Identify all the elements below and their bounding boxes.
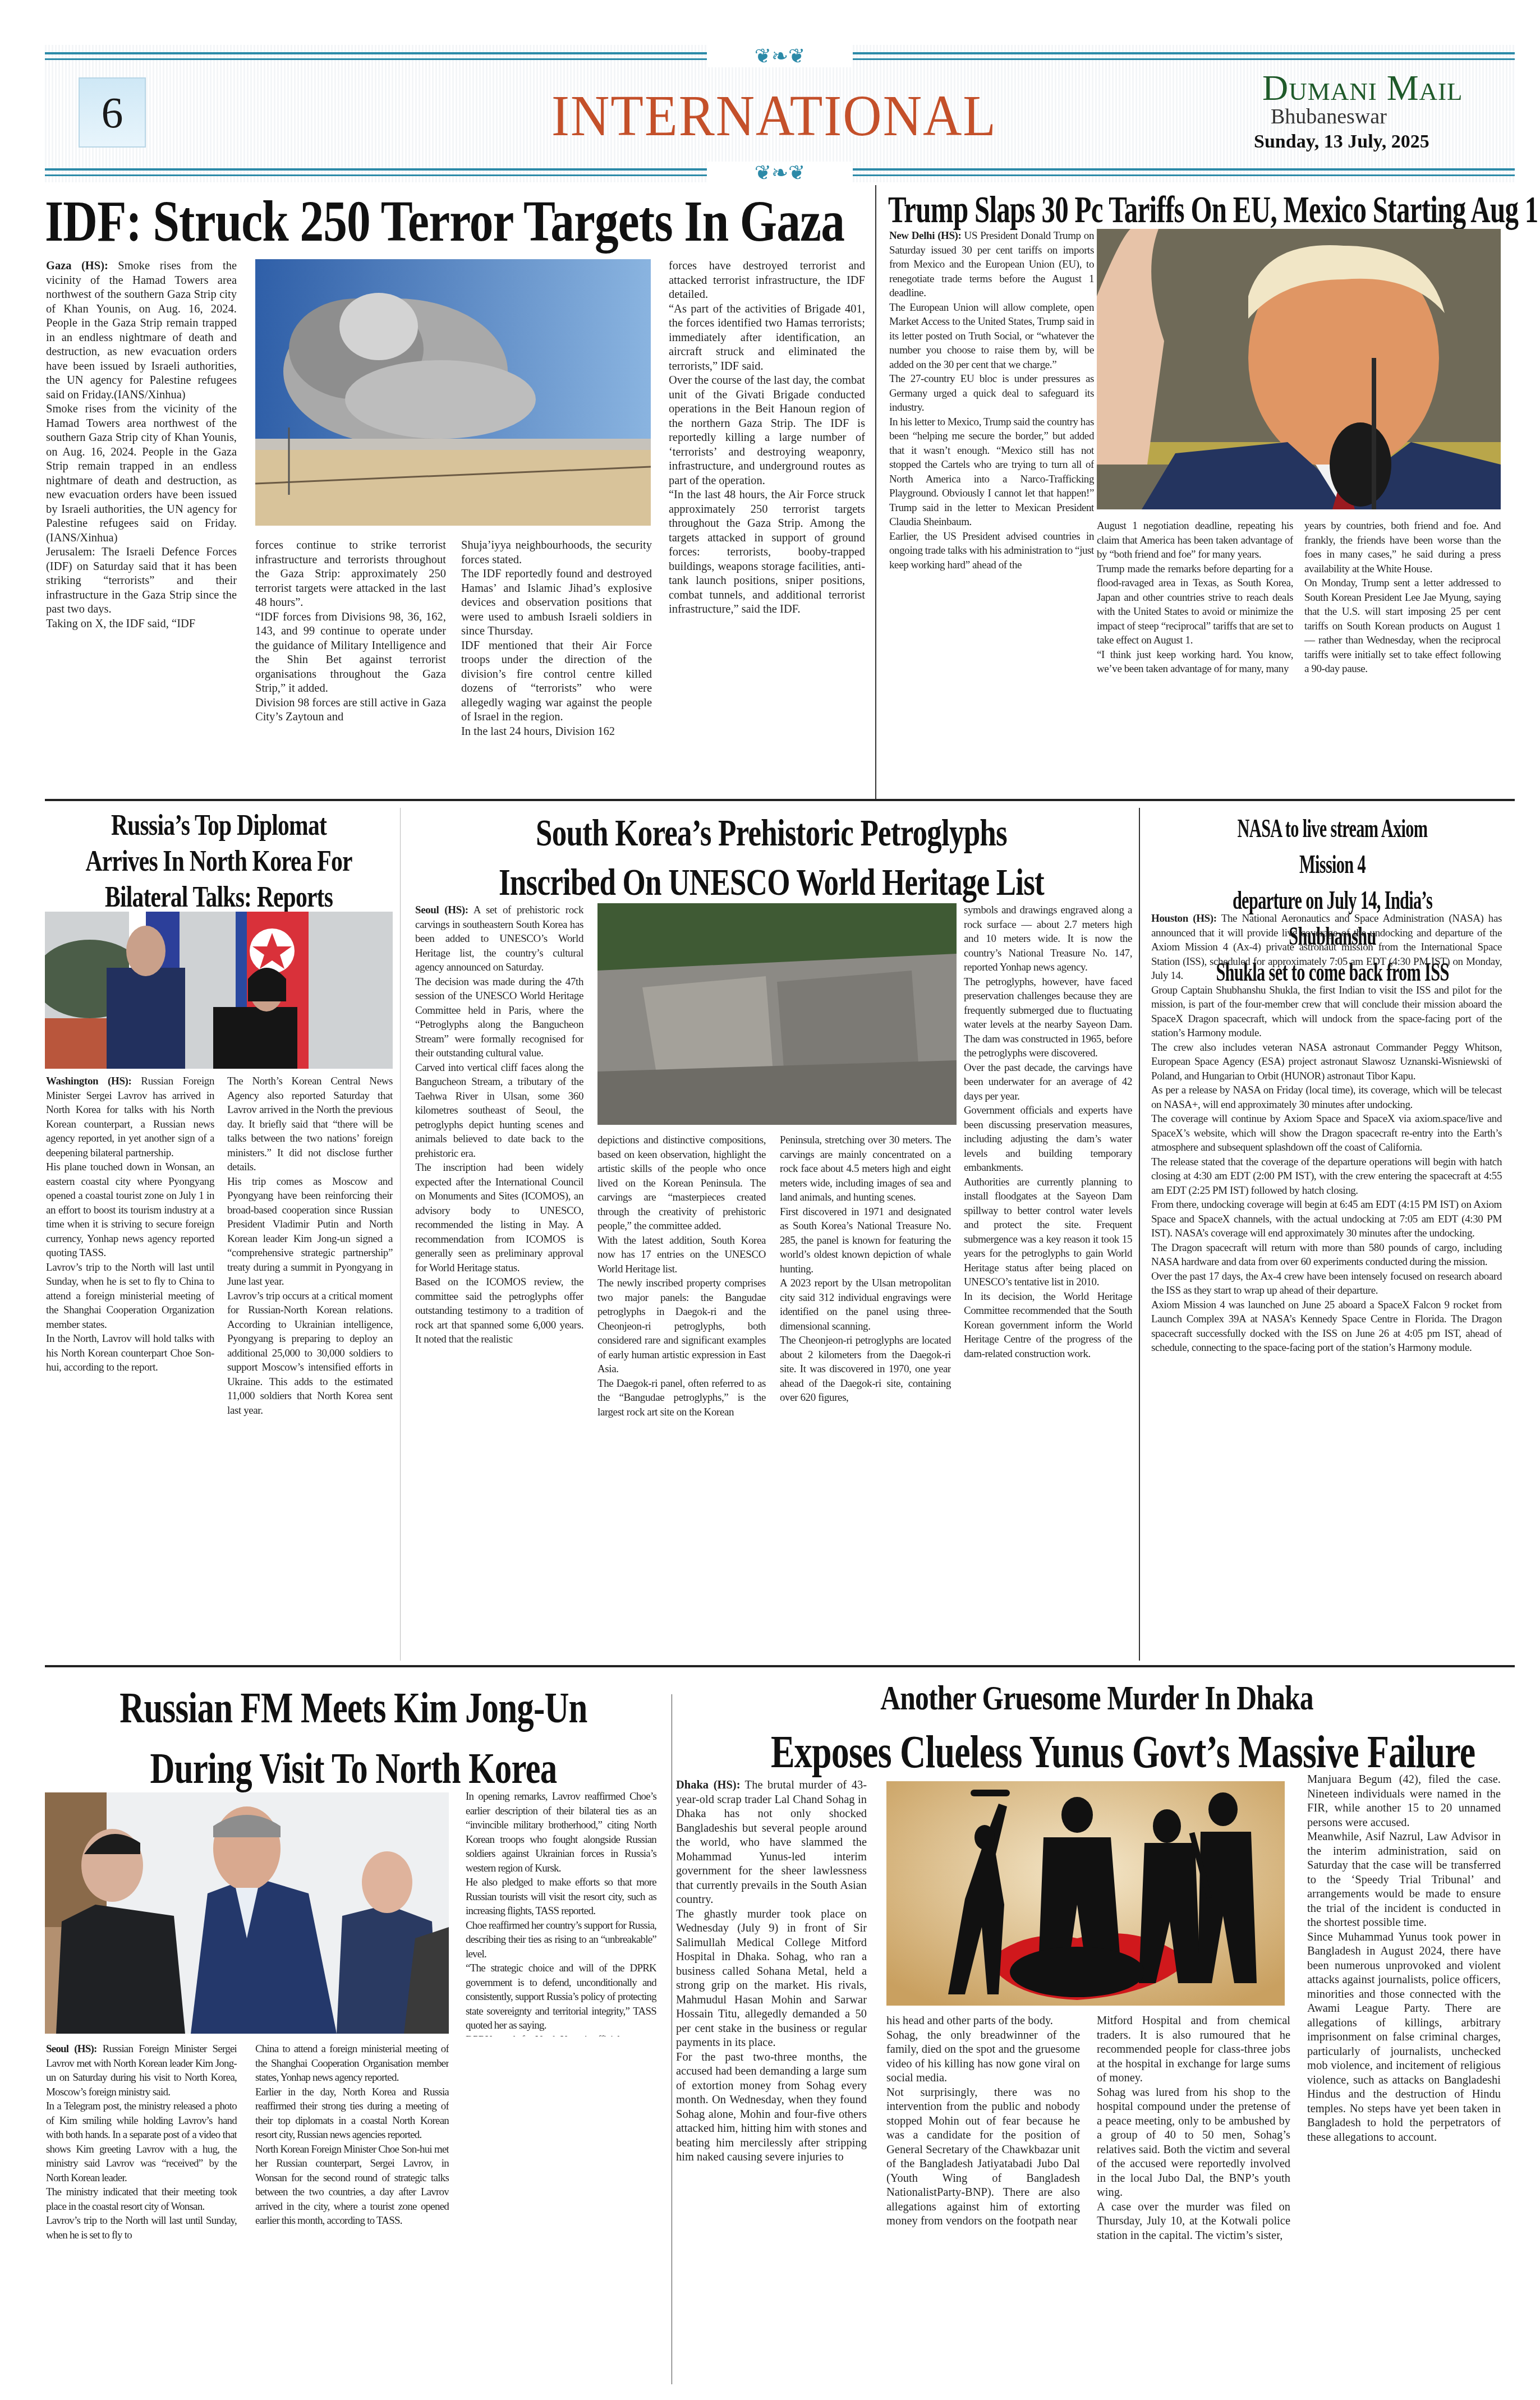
mob-attack-silhouette-illustration [886,1781,1285,2006]
headline-idf: IDF: Struck 250 Terror Targets In Gaza [45,191,844,252]
section-title: INTERNATIONAL [539,82,1010,149]
idf-column-3: Shuja’iyya neighbourhoods, the security … [461,539,652,798]
headline-dhaka: Exposes Clueless Yunus Govt’s Massive Fa… [771,1728,1423,1776]
idf-column-2: forces continue to strike terrorist infr… [255,539,446,798]
dhaka-column-2: his head and other parts of the body. So… [886,2014,1080,2379]
column-divider [1139,808,1140,1661]
section-divider [45,799,1515,801]
dhaka-column-3: Mitford Hospital and from chemical trade… [1097,2014,1290,2379]
handshake-flags-photo [45,912,393,1069]
trump-column-2: August 1 negotiation deadline, repeating… [1097,519,1293,797]
russia-diplomat-column-1: Washington (HS): Russian Foreign Ministe… [46,1074,214,1658]
unesco-column-4: symbols and drawings engraved along a ro… [964,903,1132,1658]
ornament-icon: ❦❧❦ [707,45,853,67]
unesco-column-1: Seoul (HS): A set of prehistoric rock ca… [415,903,583,1658]
dateline: Seoul (HS): [415,904,468,916]
unesco-column-3: Peninsula, stretching over 30 meters. Th… [780,1133,951,1658]
headline-russian-fm: Russian FM Meets Kim Jong-Un During Visi… [45,1677,662,1799]
kim-lavrov-meeting-photo [45,1792,449,2034]
dateline: New Delhi (HS): [889,230,961,242]
headline-trump: Trump Slaps 30 Pc Tariffs On EU, Mexico … [888,190,1538,229]
dhaka-column-1: Dhaka (HS): The brutal murder of 43-year… [676,1778,867,2379]
headline-russia-diplomat: Russia’s Top Diplomat Arrives In North K… [45,808,393,916]
trump-column-1: New Delhi (HS): US President Donald Trum… [889,229,1094,796]
petroglyph-cliff-photo [597,903,957,1125]
newspaper-brand: Dumani Mail [1262,67,1463,109]
trump-speaking-photo [1097,229,1501,509]
headline-unesco: South Korea’s Prehistoric Petroglyphs In… [410,808,1133,907]
russia-diplomat-column-2: The North’s Korean Central News Agency a… [227,1074,393,1658]
gaza-smoke-photo [255,259,651,526]
dateline: Gaza (HS): [46,260,108,272]
unesco-column-2: depictions and distinctive compositions,… [597,1133,766,1658]
edition-date: Sunday, 13 July, 2025 [1254,131,1429,153]
idf-column-1: Gaza (HS): Smoke rises from the vicinity… [46,259,237,798]
nasa-column: Houston (HS): The National Aeronautics a… [1151,912,1502,1658]
dhaka-column-4: Manjuara Begum (42), filed the case. Nin… [1307,1773,1501,2379]
dateline: Houston (HS): [1151,913,1217,925]
ornament-icon: ❦❧❦ [707,162,853,184]
dateline: Dhaka (HS): [676,1779,740,1791]
column-divider [672,1694,672,2384]
russian-fm-column-2: China to attend a foreign ministerial me… [255,2042,449,2379]
dateline: Seoul (HS): [46,2043,97,2055]
column-divider [400,808,401,1661]
russian-fm-top-right-column: In opening remarks, Lavrov reaffirmed Ch… [466,1790,656,2036]
dateline: Washington (HS): [46,1075,131,1087]
idf-column-4: forces have destroyed terrorist and atta… [669,259,865,798]
edition-city: Bhubaneswar [1271,104,1387,129]
russian-fm-column-1: Seoul (HS): Russian Foreign Minister Ser… [46,2042,237,2379]
kicker-dhaka: Another Gruesome Murder In Dhaka [762,1680,1431,1717]
page-number: 6 [79,77,146,148]
section-divider [45,1665,1515,1667]
column-divider [875,185,876,799]
trump-column-3: years by countries, both friend and foe.… [1304,519,1501,797]
